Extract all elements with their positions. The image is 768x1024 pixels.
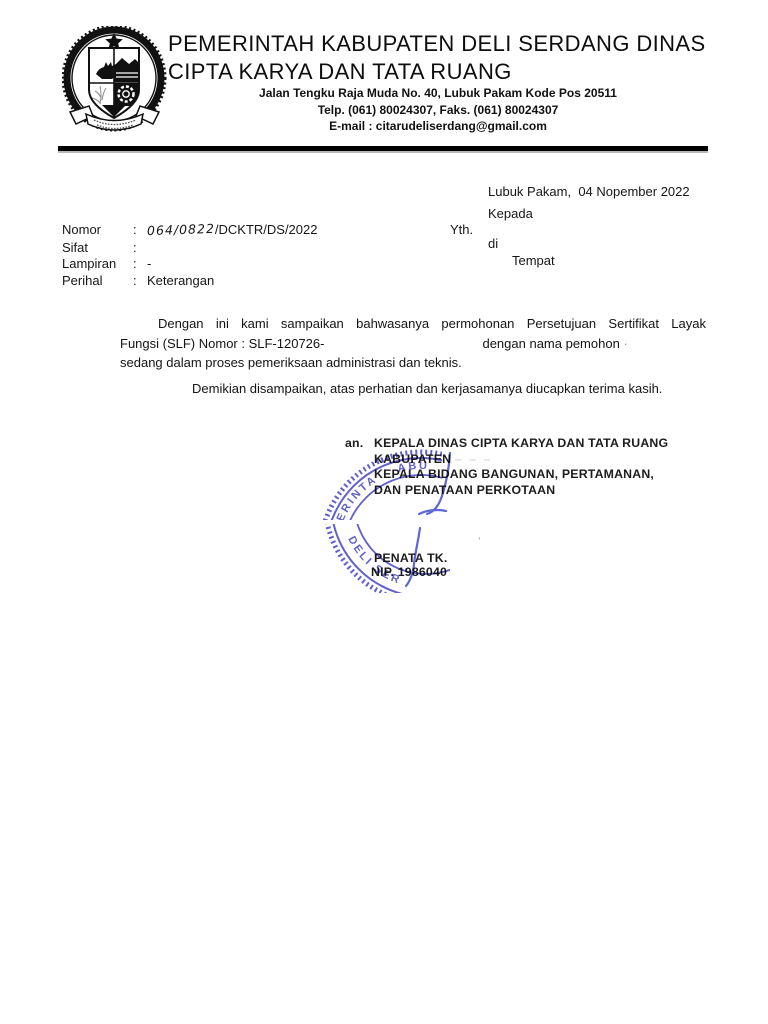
letterhead-email: E-mail : citarudeliserdang@gmail.com: [170, 118, 706, 135]
nomor-value: /DCKTR/DS/2022: [215, 222, 318, 237]
handwritten-number: 064/0822: [147, 221, 215, 238]
perihal-label: Perihal: [62, 273, 133, 288]
paragraph1-line3: sedang dalam proses pemeriksaan administ…: [120, 353, 706, 373]
org-name-line2: CIPTA KARYA DAN TATA RUANG: [168, 59, 512, 85]
lampiran-value: -: [147, 256, 151, 271]
faint-dot: ·: [623, 336, 627, 351]
stray-mark: ’: [478, 534, 481, 549]
paragraph1-line1: Dengan ini kami sampaikan bahwasanya per…: [120, 314, 706, 334]
shield: [89, 48, 139, 118]
pemohon-text: dengan nama pemohon: [482, 336, 619, 351]
nomor-label: Nomor: [62, 222, 133, 237]
meta-row-lampiran: Lampiran:-: [62, 256, 151, 271]
letter-page: PEMERINTAH KABUPATEN DELI SERDANG DINAS …: [0, 0, 768, 1024]
coat-of-arms-logo: [62, 26, 168, 140]
perihal-value: Keterangan: [147, 273, 214, 288]
sifat-label: Sifat: [62, 240, 133, 255]
meta-row-sifat: Sifat:: [62, 240, 147, 255]
yth-label: Yth.: [450, 222, 473, 237]
place-date: Lubuk Pakam, 04 Nopember 2022: [488, 184, 690, 199]
signature-title-line4: DAN PENATAAN PERKOTAAN: [374, 483, 668, 499]
letterhead-divider: [58, 146, 708, 153]
signature-title-line2: KABUPATEN – – –: [374, 452, 668, 468]
slf-number-text: Fungsi (SLF) Nomor : SLF-120726-: [120, 336, 324, 351]
body-paragraph-1: Dengan ini kami sampaikan bahwasanya per…: [120, 314, 706, 373]
lampiran-label: Lampiran: [62, 256, 133, 271]
di-label: di: [488, 236, 498, 251]
letterhead-contact-block: Jalan Tengku Raja Muda No. 40, Lubuk Pak…: [170, 85, 706, 135]
signature-title-line3: KEPALA BIDANG BANGUNAN, PERTAMANAN,: [374, 467, 668, 483]
meta-row-perihal: Perihal:Keterangan: [62, 273, 214, 288]
perihal-colon: :: [133, 273, 147, 288]
sifat-colon: :: [133, 240, 147, 255]
letterhead-address: Jalan Tengku Raja Muda No. 40, Lubuk Pak…: [170, 85, 706, 102]
org-name-line1: PEMERINTAH KABUPATEN DELI SERDANG DINAS: [168, 31, 706, 57]
stamp-arc-text-top-left: ERINTA: [335, 473, 380, 523]
body-paragraph-2: Demikian disampaikan, atas perhatian dan…: [192, 379, 662, 399]
an-label: an.: [345, 436, 363, 452]
meta-row-nomor: Nomor:064/0822/DCKTR/DS/2022: [62, 222, 317, 237]
tempat-label: Tempat: [512, 253, 555, 268]
nomor-colon: :: [133, 222, 147, 237]
lampiran-colon: :: [133, 256, 147, 271]
signature-block: KEPALA DINAS CIPTA KARYA DAN TATA RUANG …: [374, 436, 668, 499]
kabupaten-ghost-text: – – –: [455, 452, 492, 466]
signature-title-line1: KEPALA DINAS CIPTA KARYA DAN TATA RUANG: [374, 436, 668, 452]
letterhead-phone: Telp. (061) 80024307, Faks. (061) 800243…: [170, 102, 706, 119]
paragraph1-line2: Fungsi (SLF) Nomor : SLF-120726-dengan n…: [120, 334, 706, 354]
kepada-label: Kepada: [488, 206, 533, 221]
nip-line: NIP. 1986040: [371, 565, 447, 581]
